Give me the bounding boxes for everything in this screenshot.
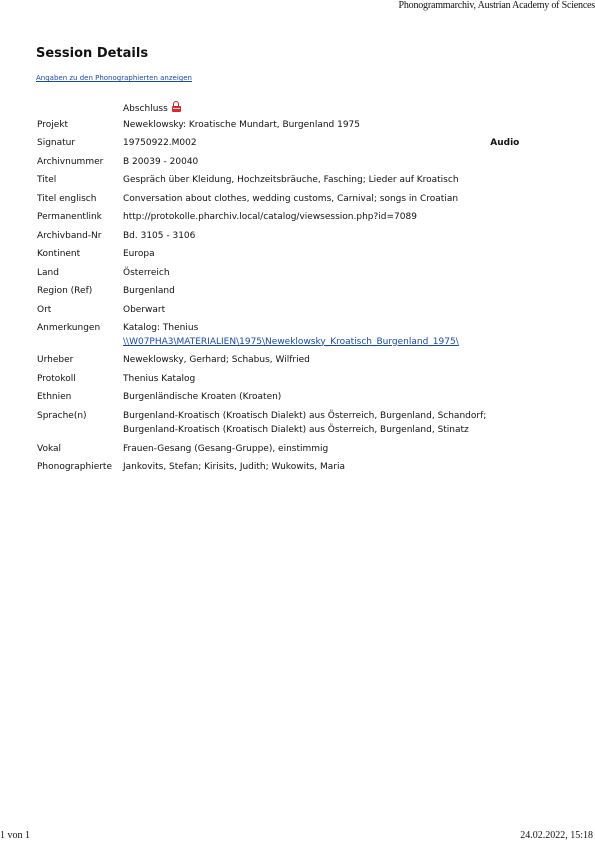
field-value: Oberwart: [121, 305, 488, 324]
show-phonographers-link[interactable]: Angaben zu den Phonographierten anzeigen: [36, 74, 192, 82]
field-value: Frauen-Gesang (Gesang-Gruppe), einstimmi…: [121, 444, 488, 463]
field-label: Vokal: [35, 444, 121, 463]
row-signatur: Signatur 19750922.M002 Audio: [35, 138, 521, 157]
row-vokal: Vokal Frauen-Gesang (Gesang-Gruppe), ein…: [35, 444, 521, 463]
field-label: Titel englisch: [35, 194, 121, 213]
field-value: Neweklowsky, Gerhard; Schabus, Wilfried: [121, 355, 488, 374]
field-label: Anmerkungen: [35, 323, 121, 355]
row-titel: Titel Gespräch über Kleidung, Hochzeitsb…: [35, 175, 521, 194]
field-label: Signatur: [35, 138, 121, 157]
row-ort: Ort Oberwart: [35, 305, 521, 324]
page-number: 1 von 1: [0, 830, 30, 842]
row-kontinent: Kontinent Europa: [35, 249, 521, 268]
field-label: Urheber: [35, 355, 121, 374]
field-label: Archivnummer: [35, 157, 121, 176]
lock-icon: [172, 101, 181, 112]
field-label: Sprache(n): [35, 411, 121, 444]
field-label: Phonographierte: [35, 462, 121, 481]
archive-path-link[interactable]: \\W07PHA3\MATERIALIEN\1975\Neweklowsky_K…: [123, 337, 459, 347]
field-label: Region (Ref): [35, 286, 121, 305]
field-value: Jankovits, Stefan; Kirisits, Judith; Wuk…: [121, 462, 488, 481]
row-anmerkungen: Anmerkungen Katalog: Thenius \\W07PHA3\M…: [35, 323, 521, 355]
permanent-link[interactable]: http://protokolle.pharchiv.local/catalog…: [121, 212, 488, 231]
row-permanentlink: Permanentlink http://protokolle.pharchiv…: [35, 212, 521, 231]
row-archivnummer: Archivnummer B 20039 - 20040: [35, 157, 521, 176]
print-datetime: 24.02.2022, 15:18: [520, 830, 593, 842]
language-entry: Burgenland-Kroatisch (Kroatisch Dialekt)…: [123, 425, 486, 437]
field-label: Permanentlink: [35, 212, 121, 231]
row-archivband: Archivband-Nr Bd. 3105 - 3106: [35, 231, 521, 250]
session-details-table: Abschluss Projekt Neweklowsky: Kroatisch…: [35, 101, 521, 481]
field-label: Archivband-Nr: [35, 231, 121, 250]
row-sprachen: Sprache(n) Burgenland-Kroatisch (Kroatis…: [35, 411, 521, 444]
field-value: Europa: [121, 249, 488, 268]
language-entry: Burgenland-Kroatisch (Kroatisch Dialekt)…: [123, 411, 486, 423]
field-label: Projekt: [35, 120, 121, 139]
print-header: Phonogrammarchiv, Austrian Academy of Sc…: [399, 0, 595, 12]
status-label: Abschluss: [123, 104, 168, 114]
page-title: Session Details: [36, 46, 148, 61]
row-region: Region (Ref) Burgenland: [35, 286, 521, 305]
field-value: Burgenländische Kroaten (Kroaten): [121, 392, 488, 411]
field-value: Bd. 3105 - 3106: [121, 231, 488, 250]
field-value: Conversation about clothes, wedding cust…: [121, 194, 488, 213]
row-titel-englisch: Titel englisch Conversation about clothe…: [35, 194, 521, 213]
field-value: Gespräch über Kleidung, Hochzeitsbräuche…: [121, 175, 488, 194]
row-phonographierte: Phonographierte Jankovits, Stefan; Kiris…: [35, 462, 521, 481]
field-label: Kontinent: [35, 249, 121, 268]
field-value: Katalog: Thenius: [123, 323, 486, 335]
field-value: Burgenland: [121, 286, 488, 305]
row-projekt: Projekt Neweklowsky: Kroatische Mundart,…: [35, 120, 521, 139]
media-type-label: Audio: [488, 138, 521, 157]
field-label: Titel: [35, 175, 121, 194]
row-ethnien: Ethnien Burgenländische Kroaten (Kroaten…: [35, 392, 521, 411]
field-value: 19750922.M002: [121, 138, 488, 157]
field-value: B 20039 - 20040: [121, 157, 488, 176]
field-label: Ort: [35, 305, 121, 324]
row-land: Land Österreich: [35, 268, 521, 287]
field-label: Ethnien: [35, 392, 121, 411]
field-label: Protokoll: [35, 374, 121, 393]
field-value: Österreich: [121, 268, 488, 287]
field-label: Land: [35, 268, 121, 287]
status-row: Abschluss: [35, 101, 521, 120]
field-value: Neweklowsky: Kroatische Mundart, Burgenl…: [121, 120, 488, 139]
row-urheber: Urheber Neweklowsky, Gerhard; Schabus, W…: [35, 355, 521, 374]
field-value: Thenius Katalog: [121, 374, 488, 393]
row-protokoll: Protokoll Thenius Katalog: [35, 374, 521, 393]
